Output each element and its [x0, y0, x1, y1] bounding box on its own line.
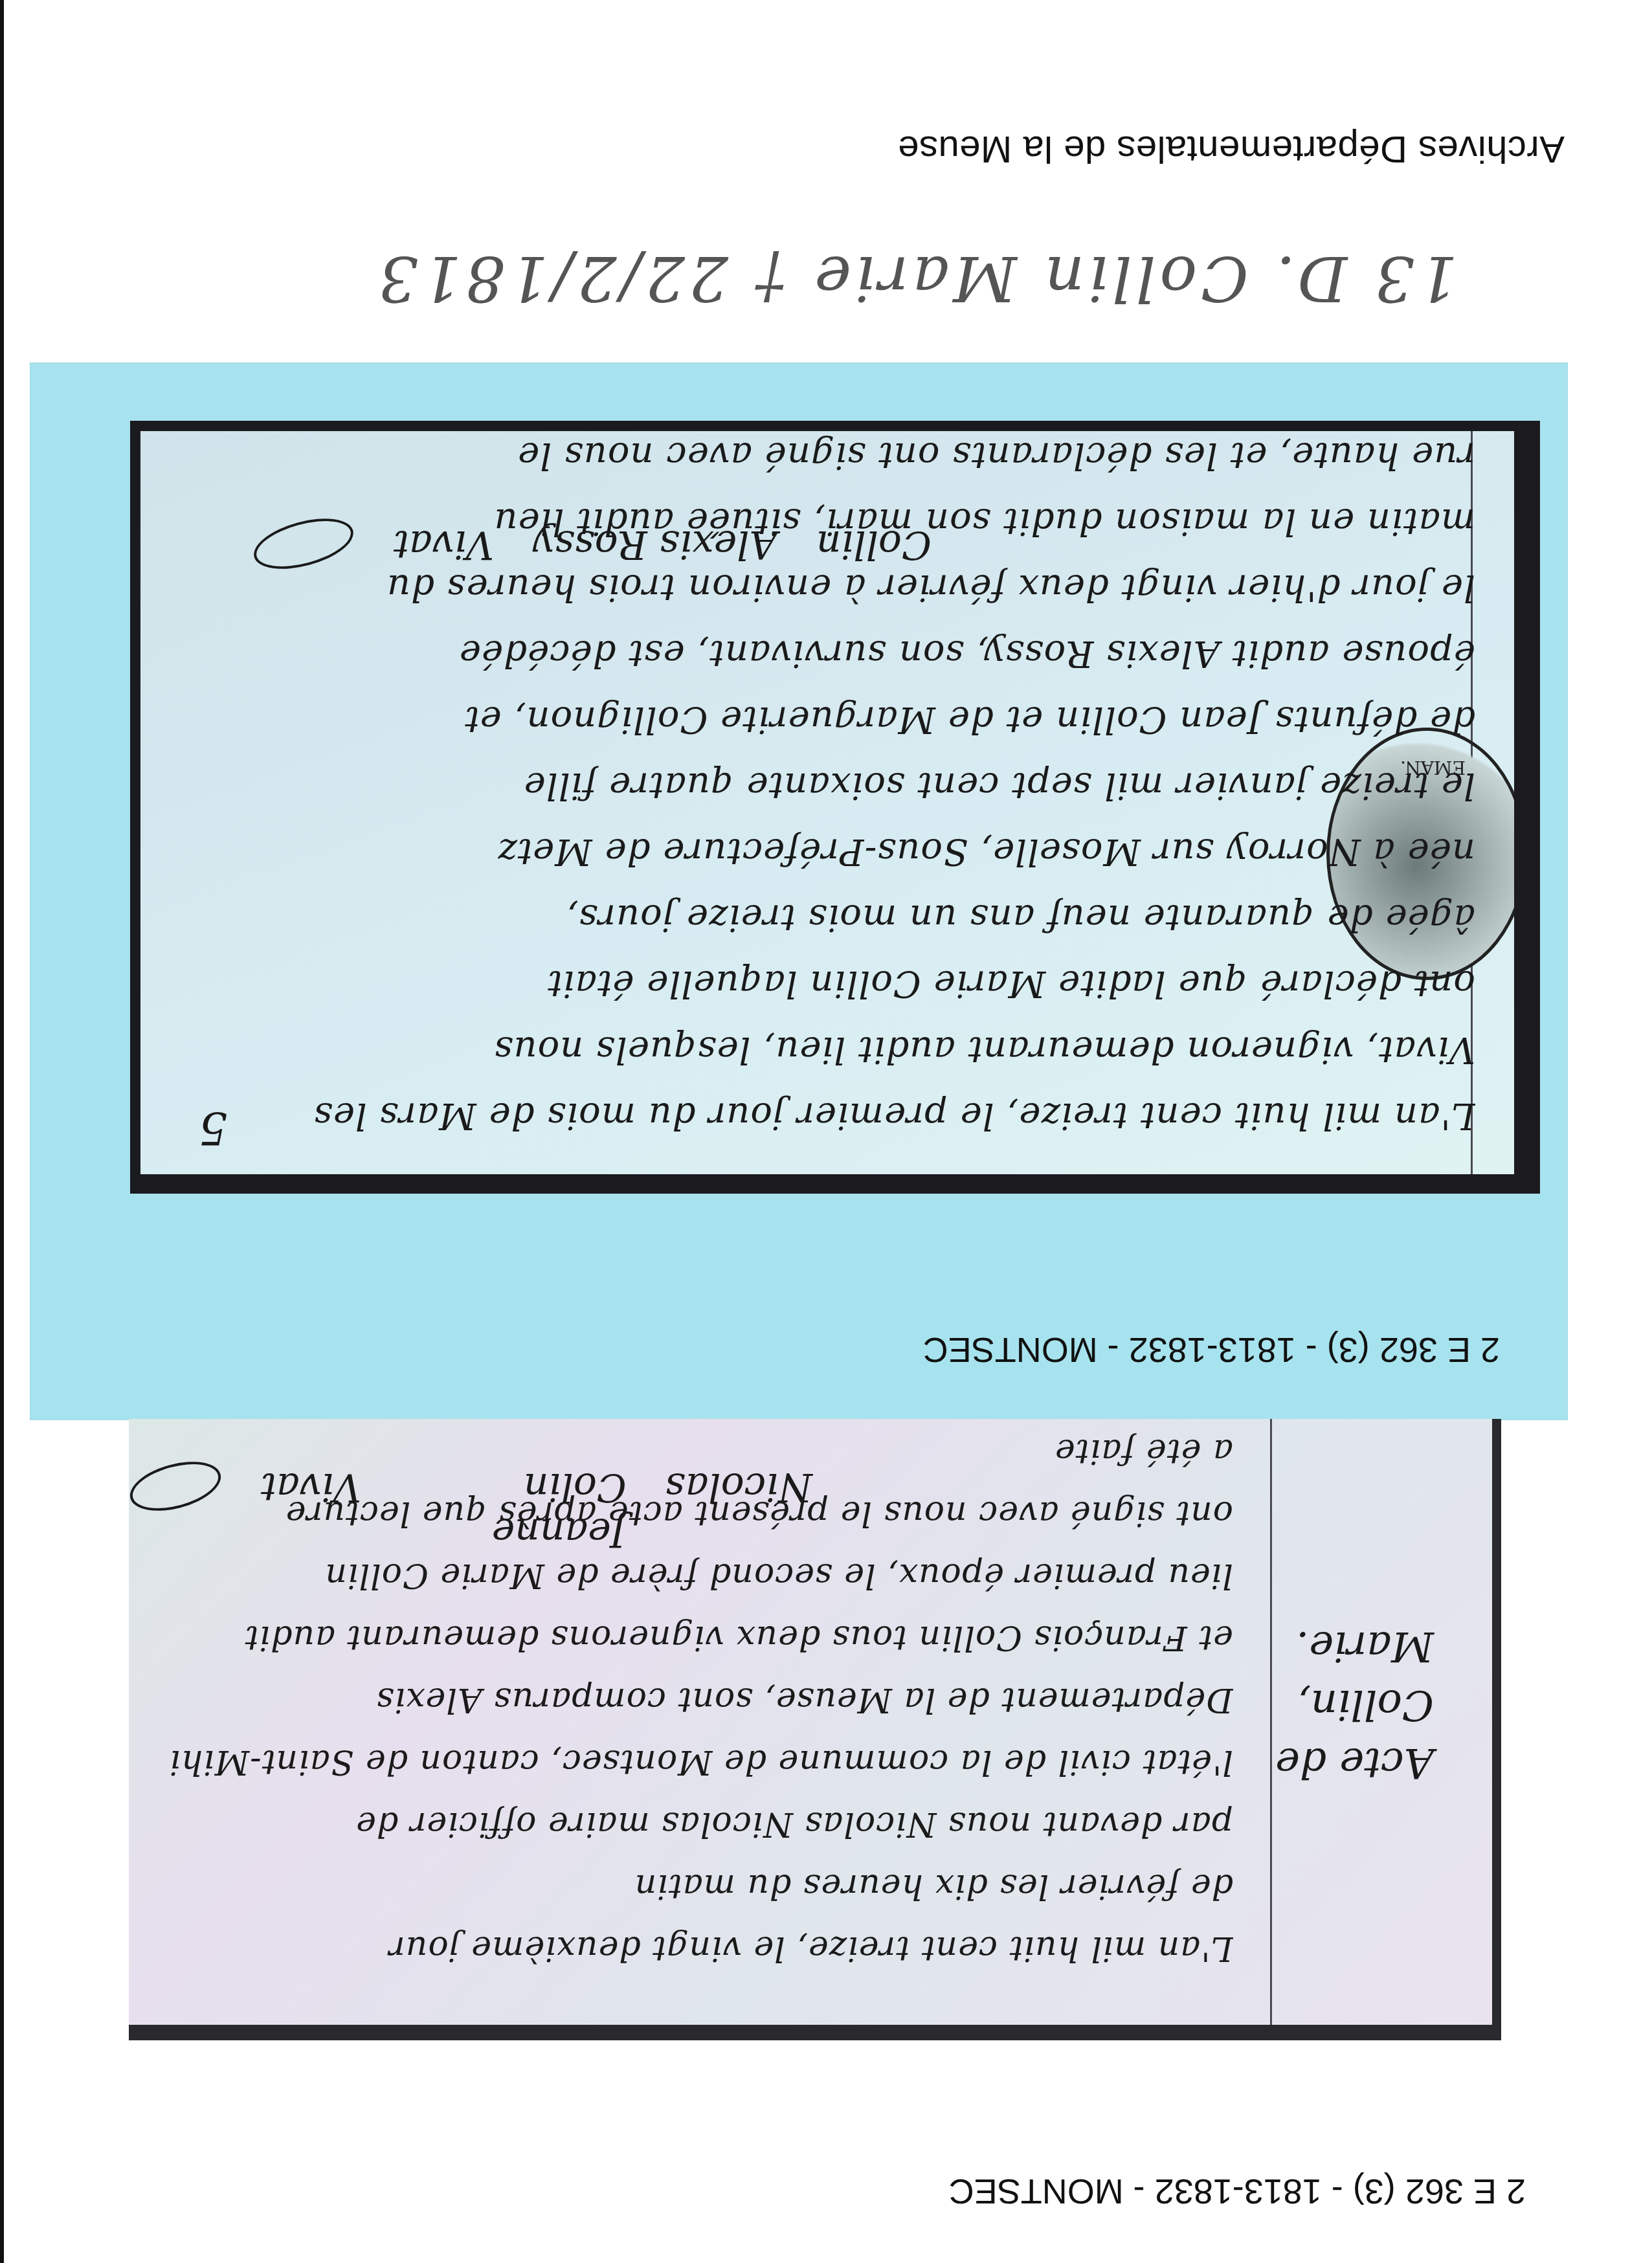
manuscript-line: L'an mil huit cent treize, le vingt deux… — [168, 1917, 1233, 1979]
manuscript-line: Département de la Meuse, sont comparus A… — [168, 1669, 1233, 1731]
archive-header: Archives Départementales de la Meuse — [898, 128, 1565, 171]
manuscript-line: l'état civil de la commune de Montsec, c… — [168, 1731, 1233, 1793]
signatures: NicolasJeanne ColinVivat — [129, 1464, 812, 1555]
register-photo-top: 5 EMAN. L'an mil huit cent treize, le pr… — [130, 421, 1540, 1194]
signatures: CollinAlexis RossyVivat — [252, 522, 932, 567]
manuscript-line: âgée de quarante neuf ans un mois treize… — [179, 884, 1475, 950]
signature: Vivat — [394, 522, 494, 567]
manuscript-line: par devant nous Nicolas Nicolas maire of… — [168, 1793, 1233, 1855]
signature: Nicolas — [665, 1464, 812, 1510]
register-photo-bottom: Acte de Collin, Marie. L'an mil huit cen… — [129, 1419, 1501, 2040]
manuscript-line: née à Norroy sur Moselle, Sous-Préfectur… — [179, 818, 1475, 884]
signature: Vivat — [261, 1464, 361, 1510]
scan-edge — [0, 0, 4, 2263]
manuscript-line: et François Collin tous deux vignerons d… — [168, 1607, 1233, 1669]
signature: Collin — [816, 522, 932, 567]
reference-label: 2 E 362 (3) - 1813-1832 - MONTSEC — [923, 1330, 1500, 1370]
manuscript-line: le treize janvier mil sept cent soixante… — [179, 752, 1475, 818]
manuscript-line: ont déclaré que ladite Marie Collin laqu… — [179, 950, 1475, 1016]
manuscript-line: L'an mil huit cent treize, le premier jo… — [179, 1082, 1475, 1148]
handwritten-reference: 13 D. Collin Marie † 22/2/1813 — [375, 242, 1458, 315]
margin-rule — [1270, 1419, 1272, 2025]
manuscript-line: épouse audit Alexis Rossy, son survivant… — [179, 620, 1475, 686]
signature: Alexis Rossy — [533, 522, 777, 567]
manuscript-line: présent acte après que lecture leur en a… — [179, 421, 1475, 422]
margin-note: Acte de Collin, Marie. — [1275, 1617, 1434, 1792]
scanned-archive-page: Archives Départementales de la Meuse 13 … — [0, 0, 1652, 2263]
reference-label: 2 E 362 (3) - 1813-1832 - MONTSEC — [949, 2171, 1526, 2211]
signature: Jeanne Colin — [400, 1464, 627, 1555]
manuscript-line: rue haute, et les déclarants ont signé a… — [179, 422, 1475, 488]
manuscript-line: en environ trois heures du matin après m… — [168, 1419, 1233, 1420]
manuscript-line: de février les dix heures du matin — [168, 1855, 1233, 1917]
manuscript-line: de défunts Jean Collin et de Marguerite … — [179, 686, 1475, 752]
manuscript-line: Vivat, vigneron demeurant audit lieu, le… — [179, 1016, 1475, 1082]
